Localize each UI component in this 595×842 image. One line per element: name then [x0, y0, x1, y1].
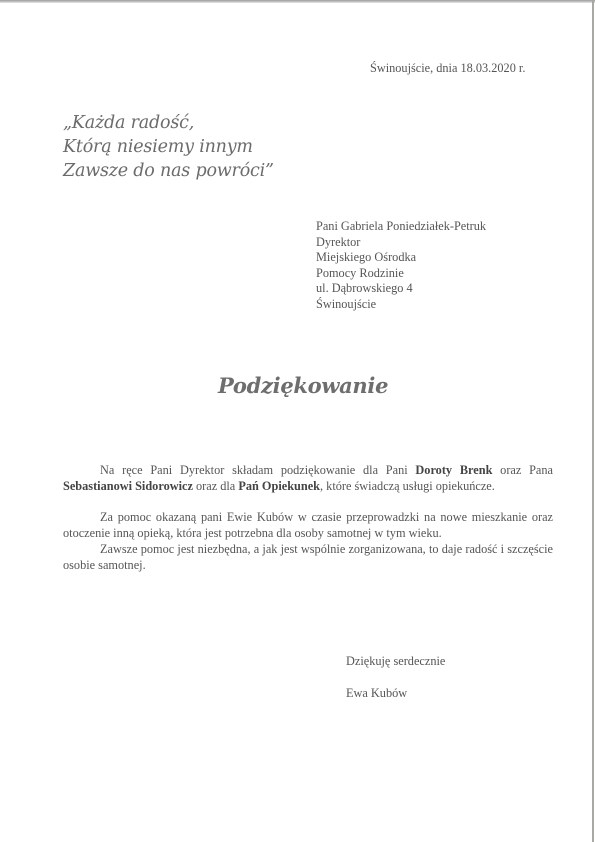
recipient-address: Pani Gabriela Poniedziałek-Petruk Dyrekt…: [316, 219, 486, 312]
text-run: Na ręce Pani Dyrektor składam podziękowa…: [100, 463, 415, 477]
recipient-position: Dyrektor: [316, 235, 486, 251]
scan-edge-top: [0, 0, 595, 3]
paragraph-closing-thought: Zawsze pomoc jest niezbędna, a jak jest …: [63, 541, 553, 573]
bold-name: Sebastianowi Sidorowicz: [63, 479, 193, 493]
place-date: Świnoujście, dnia 18.03.2020 r.: [370, 61, 525, 76]
paragraph-help: Za pomoc okazaną pani Ewie Kubów w czasi…: [63, 509, 553, 541]
closing-phrase: Dziękuję serdecznie: [346, 654, 445, 669]
bold-name: Doroty Brenk: [415, 463, 492, 477]
text-run: oraz dla: [193, 479, 238, 493]
recipient-name: Pani Gabriela Poniedziałek-Petruk: [316, 219, 486, 235]
paragraph-thanks: Na ręce Pani Dyrektor składam podziękowa…: [63, 462, 553, 494]
motto-line: Zawsze do nas powróci”: [63, 159, 274, 183]
recipient-institution-line1: Miejskiego Ośrodka: [316, 250, 486, 266]
letter-body: Na ręce Pani Dyrektor składam podziękowa…: [63, 462, 553, 573]
letter-page: Świnoujście, dnia 18.03.2020 r. „Każda r…: [0, 0, 595, 842]
bold-name: Pań Opiekunek: [238, 479, 320, 493]
motto-line: Którą niesiemy innym: [63, 135, 274, 159]
recipient-city: Świnoujście: [316, 297, 486, 313]
signature: Ewa Kubów: [346, 686, 407, 701]
recipient-institution-line2: Pomocy Rodzinie: [316, 266, 486, 282]
text-run: oraz Pana: [492, 463, 553, 477]
text-run: , które świadczą usługi opiekuńcze.: [320, 479, 495, 493]
scan-edge-right: [592, 0, 594, 842]
recipient-street: ul. Dąbrowskiego 4: [316, 281, 486, 297]
motto: „Każda radość, Którą niesiemy innym Zaws…: [63, 111, 274, 183]
letter-title: Podziękowanie: [218, 373, 388, 398]
motto-line: „Każda radość,: [63, 111, 274, 135]
